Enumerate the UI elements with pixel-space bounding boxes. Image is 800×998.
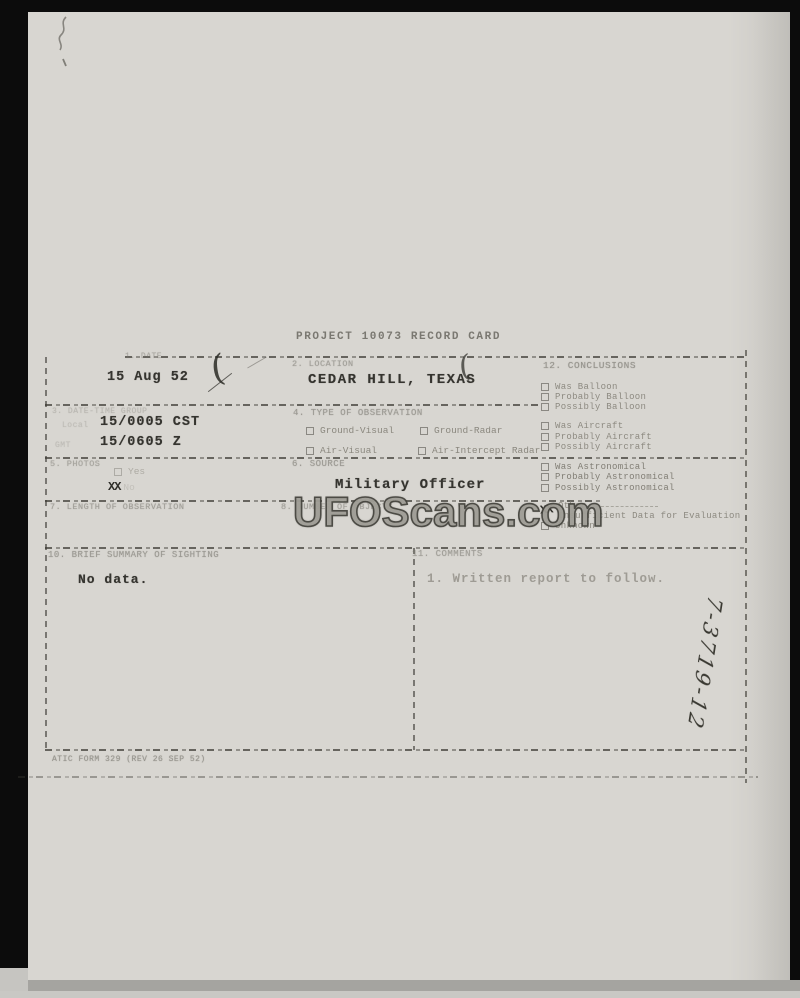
checkbox-icon xyxy=(541,473,549,481)
row2-rule xyxy=(45,404,540,406)
checkbox-icon xyxy=(418,447,426,455)
other-blank-line xyxy=(596,505,658,507)
scanned-document-page: { "colors": { "paper": "#d8d6d1", "ink_d… xyxy=(0,0,800,998)
checkbox-icon xyxy=(541,463,549,471)
photos-label: 5. PHOTOS xyxy=(50,459,100,469)
checkbox-icon xyxy=(541,443,549,451)
local-label: Local xyxy=(62,421,89,430)
summary-label: 10. BRIEF SUMMARY OF SIGHTING xyxy=(48,550,219,560)
location-value: CEDAR HILL, TEXAS xyxy=(308,372,476,388)
checkbox-icon xyxy=(541,422,549,430)
gmt-label: GMT xyxy=(55,441,71,450)
checkbox-icon xyxy=(114,468,122,476)
comments-value: 1. Written report to follow. xyxy=(427,572,665,586)
gmt-time-value: 15/0605 Z xyxy=(100,435,182,450)
conclusion-row: Possibly Aircraft xyxy=(541,442,652,452)
obs-option-air-visual: Air-Visual xyxy=(306,445,377,456)
source-label: 6. SOURCE xyxy=(292,459,345,469)
photos-yes-option: Yes xyxy=(114,466,145,477)
photos-no-mark: XX xyxy=(108,480,120,494)
row5-rule xyxy=(45,547,747,549)
scan-edge-shadow xyxy=(28,980,800,991)
summary-comments-divider xyxy=(413,548,415,750)
checkbox-icon xyxy=(541,403,549,411)
location-label: 2. LOCATION xyxy=(292,359,354,369)
pen-paren-mark-right: ( xyxy=(458,349,472,385)
obs-option-ground-visual: Ground-Visual xyxy=(306,425,394,436)
conclusion-row: Probably Astronomical xyxy=(541,472,675,482)
watermark: UFOScans.com xyxy=(293,488,603,536)
obs-option-air-intercept-radar: Air-Intercept Radar xyxy=(418,445,540,456)
date-value: 15 Aug 52 xyxy=(107,370,189,385)
checkbox-icon xyxy=(541,433,549,441)
summary-value: No data. xyxy=(78,572,148,587)
conclusion-row: Probably Aircraft xyxy=(541,432,652,442)
card-left-rule xyxy=(45,357,47,750)
scan-edge-light xyxy=(0,991,800,998)
pen-squiggle-mark xyxy=(52,12,78,70)
date-label: 1. DATE xyxy=(125,352,162,361)
checkbox-icon xyxy=(306,447,314,455)
length-of-observation-label: 7. LENGTH OF OBSERVATION xyxy=(50,502,184,512)
row3-rule xyxy=(45,457,747,459)
conclusion-row: Possibly Balloon xyxy=(541,402,646,412)
card-bottom-rule xyxy=(45,749,747,751)
checkbox-icon xyxy=(541,393,549,401)
conclusion-row: Was Balloon xyxy=(541,382,618,392)
conclusion-row: Probably Balloon xyxy=(541,392,646,402)
checkbox-icon xyxy=(541,383,549,391)
comments-label: 11. COMMENTS xyxy=(412,549,483,559)
photos-no-option: XX No xyxy=(108,480,135,494)
type-of-observation-label: 4. TYPE OF OBSERVATION xyxy=(293,408,423,418)
form-footer: ATIC FORM 329 (REV 26 SEP 52) xyxy=(52,755,206,764)
conclusions-label: 12. CONCLUSIONS xyxy=(543,360,636,371)
conclusion-row: Was Astronomical xyxy=(541,462,646,472)
conclusion-row: Was Aircraft xyxy=(541,421,623,431)
checkbox-icon xyxy=(420,427,428,435)
card-right-rule xyxy=(745,350,747,783)
card-title: PROJECT 10073 RECORD CARD xyxy=(296,331,501,343)
footer-rule xyxy=(18,776,758,778)
checkbox-icon xyxy=(306,427,314,435)
local-time-value: 15/0005 CST xyxy=(100,415,200,430)
scan-corner xyxy=(0,968,28,991)
obs-option-ground-radar: Ground-Radar xyxy=(420,425,502,436)
